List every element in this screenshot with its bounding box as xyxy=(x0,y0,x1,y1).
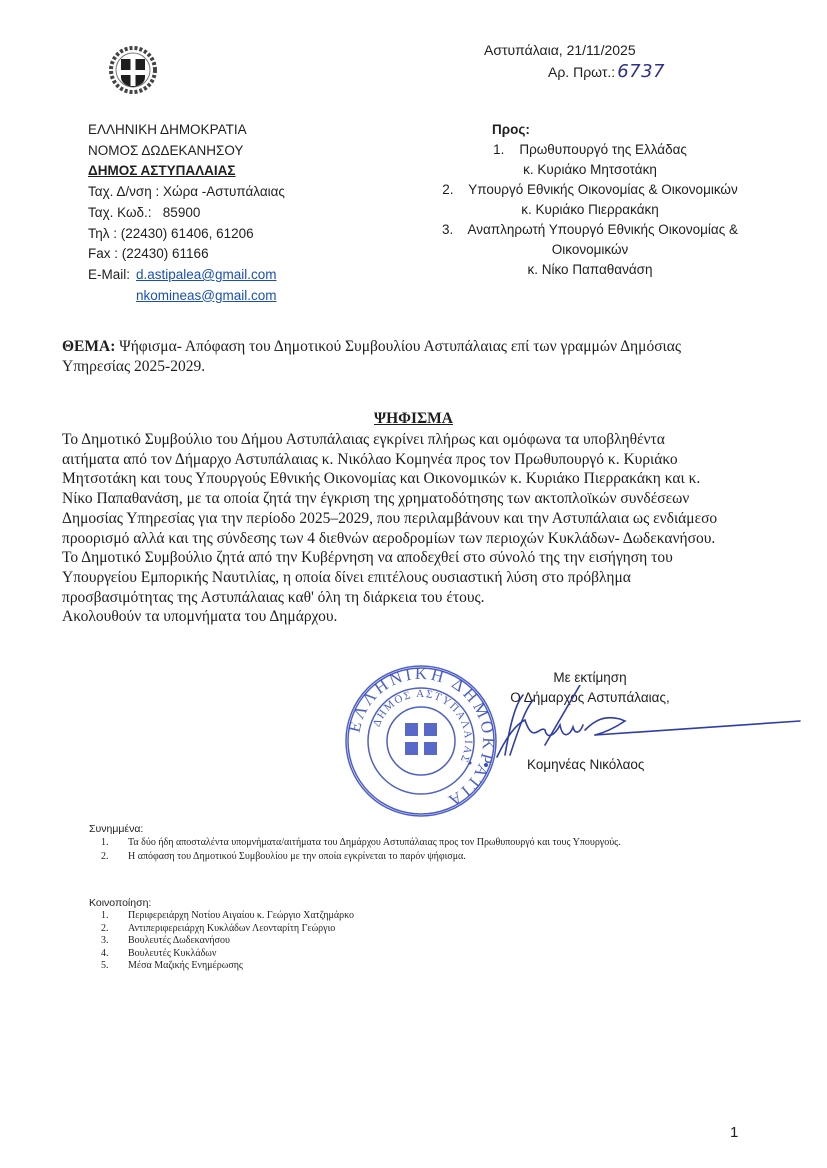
page-number: 1 xyxy=(730,1124,738,1141)
cc-title: Κοινοποίηση: xyxy=(89,897,151,909)
fax-number: Fax : (22430) 61166 xyxy=(88,244,285,265)
country-name: ΕΛΛΗΝΙΚΗ ΔΗΜΟΚΡΑΤΙΑ xyxy=(88,120,285,141)
cc-item: 3. Βουλευτές Δωδεκανήσου xyxy=(101,935,354,948)
resolution-line: Ακολουθούν τα υπομνήματα του Δημάρχου. xyxy=(62,607,782,627)
recipients-block: Προς: 1. Πρωθυπουργό της Ελλάδας κ. Κυρι… xyxy=(420,120,760,280)
svg-text:ΔΗΜΟΣ ΑΣΤΥΠΑΛΑΙΑΣ: ΔΗΜΟΣ ΑΣΤΥΠΑΛΑΙΑΣ xyxy=(371,688,474,765)
recipient-line: Οικονομικών xyxy=(420,240,760,260)
postal-code: Ταχ. Κωδ.: 85900 xyxy=(88,203,285,224)
prefecture-name: ΝΟΜΟΣ ΔΩΔΕΚΑΝΗΣΟΥ xyxy=(88,141,285,162)
resolution-line: Δημοσίας Υπηρεσίας για την περίοδο 2025–… xyxy=(62,509,782,529)
municipal-stamp-icon: ΕΛΛΗΝΙΚΗ ΔΗΜΟΚΡΑΤΙΑ ΔΗΜΟΣ ΑΣΤΥΠΑΛΑΙΑΣ xyxy=(343,663,499,819)
recipient-line: κ. Νίκο Παπαθανάση xyxy=(420,260,760,280)
email-link-mayor[interactable]: nkomineas@gmail.com xyxy=(136,288,277,303)
subject-block: ΘΕΜΑ: Ψήφισμα- Απόφαση του Δημοτικού Συμ… xyxy=(62,337,762,377)
place-date: Αστυπάλαια, 21/11/2025 xyxy=(484,40,665,61)
email-link-municipality[interactable]: d.astipalea@gmail.com xyxy=(136,265,277,286)
postal-address: Ταχ. Δ/νση : Χώρα -Αστυπάλαιας xyxy=(88,182,285,203)
resolution-line: Νίκο Παπαθανάση, με τα οποία ζητά την έγ… xyxy=(62,489,782,509)
subject-text-continued: Υπηρεσίας 2025-2029. xyxy=(62,357,762,377)
attachments-title: Συνημμένα: xyxy=(89,823,143,835)
sender-block: ΕΛΛΗΝΙΚΗ ΔΗΜΟΚΡΑΤΙΑ ΝΟΜΟΣ ΔΩΔΕΚΑΝΗΣΟΥ ΔΗ… xyxy=(88,120,285,306)
cc-item: 5. Μέσα Μαζικής Ενημέρωσης xyxy=(101,960,354,973)
resolution-body: Το Δημοτικό Συμβούλιο του Δήμου Αστυπάλα… xyxy=(62,430,782,627)
recipient-line: 1. Πρωθυπουργό της Ελλάδας xyxy=(420,140,760,160)
resolution-line: Υπουργείου Εμπορικής Ναυτιλίας, η οποία … xyxy=(62,568,782,588)
recipient-line: 3. Αναπληρωτή Υπουργό Εθνικής Οικονομίας… xyxy=(420,220,760,240)
resolution-line: Το Δημοτικό Συμβούλιο του Δήμου Αστυπάλα… xyxy=(62,430,782,450)
cc-item: 2. Αντιπεριφερειάρχη Κυκλάδων Λεονταρίτη… xyxy=(101,923,354,936)
email-label: E-Mail: xyxy=(88,265,136,286)
attachments-list: 1. Τα δύο ήδη αποσταλέντα υπομνήματα/αιτ… xyxy=(101,836,621,863)
cc-item: 1. Περιφερειάρχη Νοτίου Αιγαίου κ. Γεώργ… xyxy=(101,910,354,923)
subject-text: Ψήφισμα- Απόφαση του Δημοτικού Συμβουλίο… xyxy=(115,338,681,355)
protocol-number: 6737 xyxy=(617,61,665,82)
resolution-title: ΨΗΦΙΣΜΑ xyxy=(0,410,827,428)
resolution-line: Μητσοτάκη και τους Υπουργούς Εθνικής Οικ… xyxy=(62,469,782,489)
date-block: Αστυπάλαια, 21/11/2025 Αρ. Πρωτ.: 6737 xyxy=(484,40,665,83)
recipient-line: 2. Υπουργό Εθνικής Οικονομίας & Οικονομι… xyxy=(420,180,760,200)
resolution-line: προσβασιμότητας της Αστυπάλαιας καθ' όλη… xyxy=(62,588,782,608)
protocol-label: Αρ. Πρωτ.: xyxy=(548,62,615,83)
cc-item: 4. Βουλευτές Κυκλάδων xyxy=(101,948,354,961)
subject-label: ΘΕΜΑ: xyxy=(62,338,115,355)
municipality-name: ΔΗΜΟΣ ΑΣΤΥΠΑΛΑΙΑΣ xyxy=(88,161,285,182)
recipient-line: κ. Κυριάκο Μητσοτάκη xyxy=(420,160,760,180)
stamp-inner-text: ΔΗΜΟΣ ΑΣΤΥΠΑΛΑΙΑΣ xyxy=(371,688,474,765)
resolution-line: αιτήματα από τον Δήμαρχο Αστυπάλαιας κ. … xyxy=(62,450,782,470)
resolution-line: Το Δημοτικό Συμβούλιο ζητά από την Κυβέρ… xyxy=(62,548,782,568)
resolution-line: προορισμό αλλά και της σύνδεσης των 4 δι… xyxy=(62,529,782,549)
cc-list: 1. Περιφερειάρχη Νοτίου Αιγαίου κ. Γεώργ… xyxy=(101,910,354,973)
greek-coat-of-arms-icon xyxy=(108,45,158,95)
recipient-line: κ. Κυριάκο Πιερρακάκη xyxy=(420,200,760,220)
handwritten-signature-icon xyxy=(485,685,805,775)
phone-number: Τηλ : (22430) 61406, 61206 xyxy=(88,224,285,245)
attachment-item: 1. Τα δύο ήδη αποσταλέντα υπομνήματα/αιτ… xyxy=(101,836,621,850)
attachment-item: 2. Η απόφαση του Δημοτικού Συμβουλίου με… xyxy=(101,850,621,864)
recipients-title: Προς: xyxy=(420,120,760,140)
